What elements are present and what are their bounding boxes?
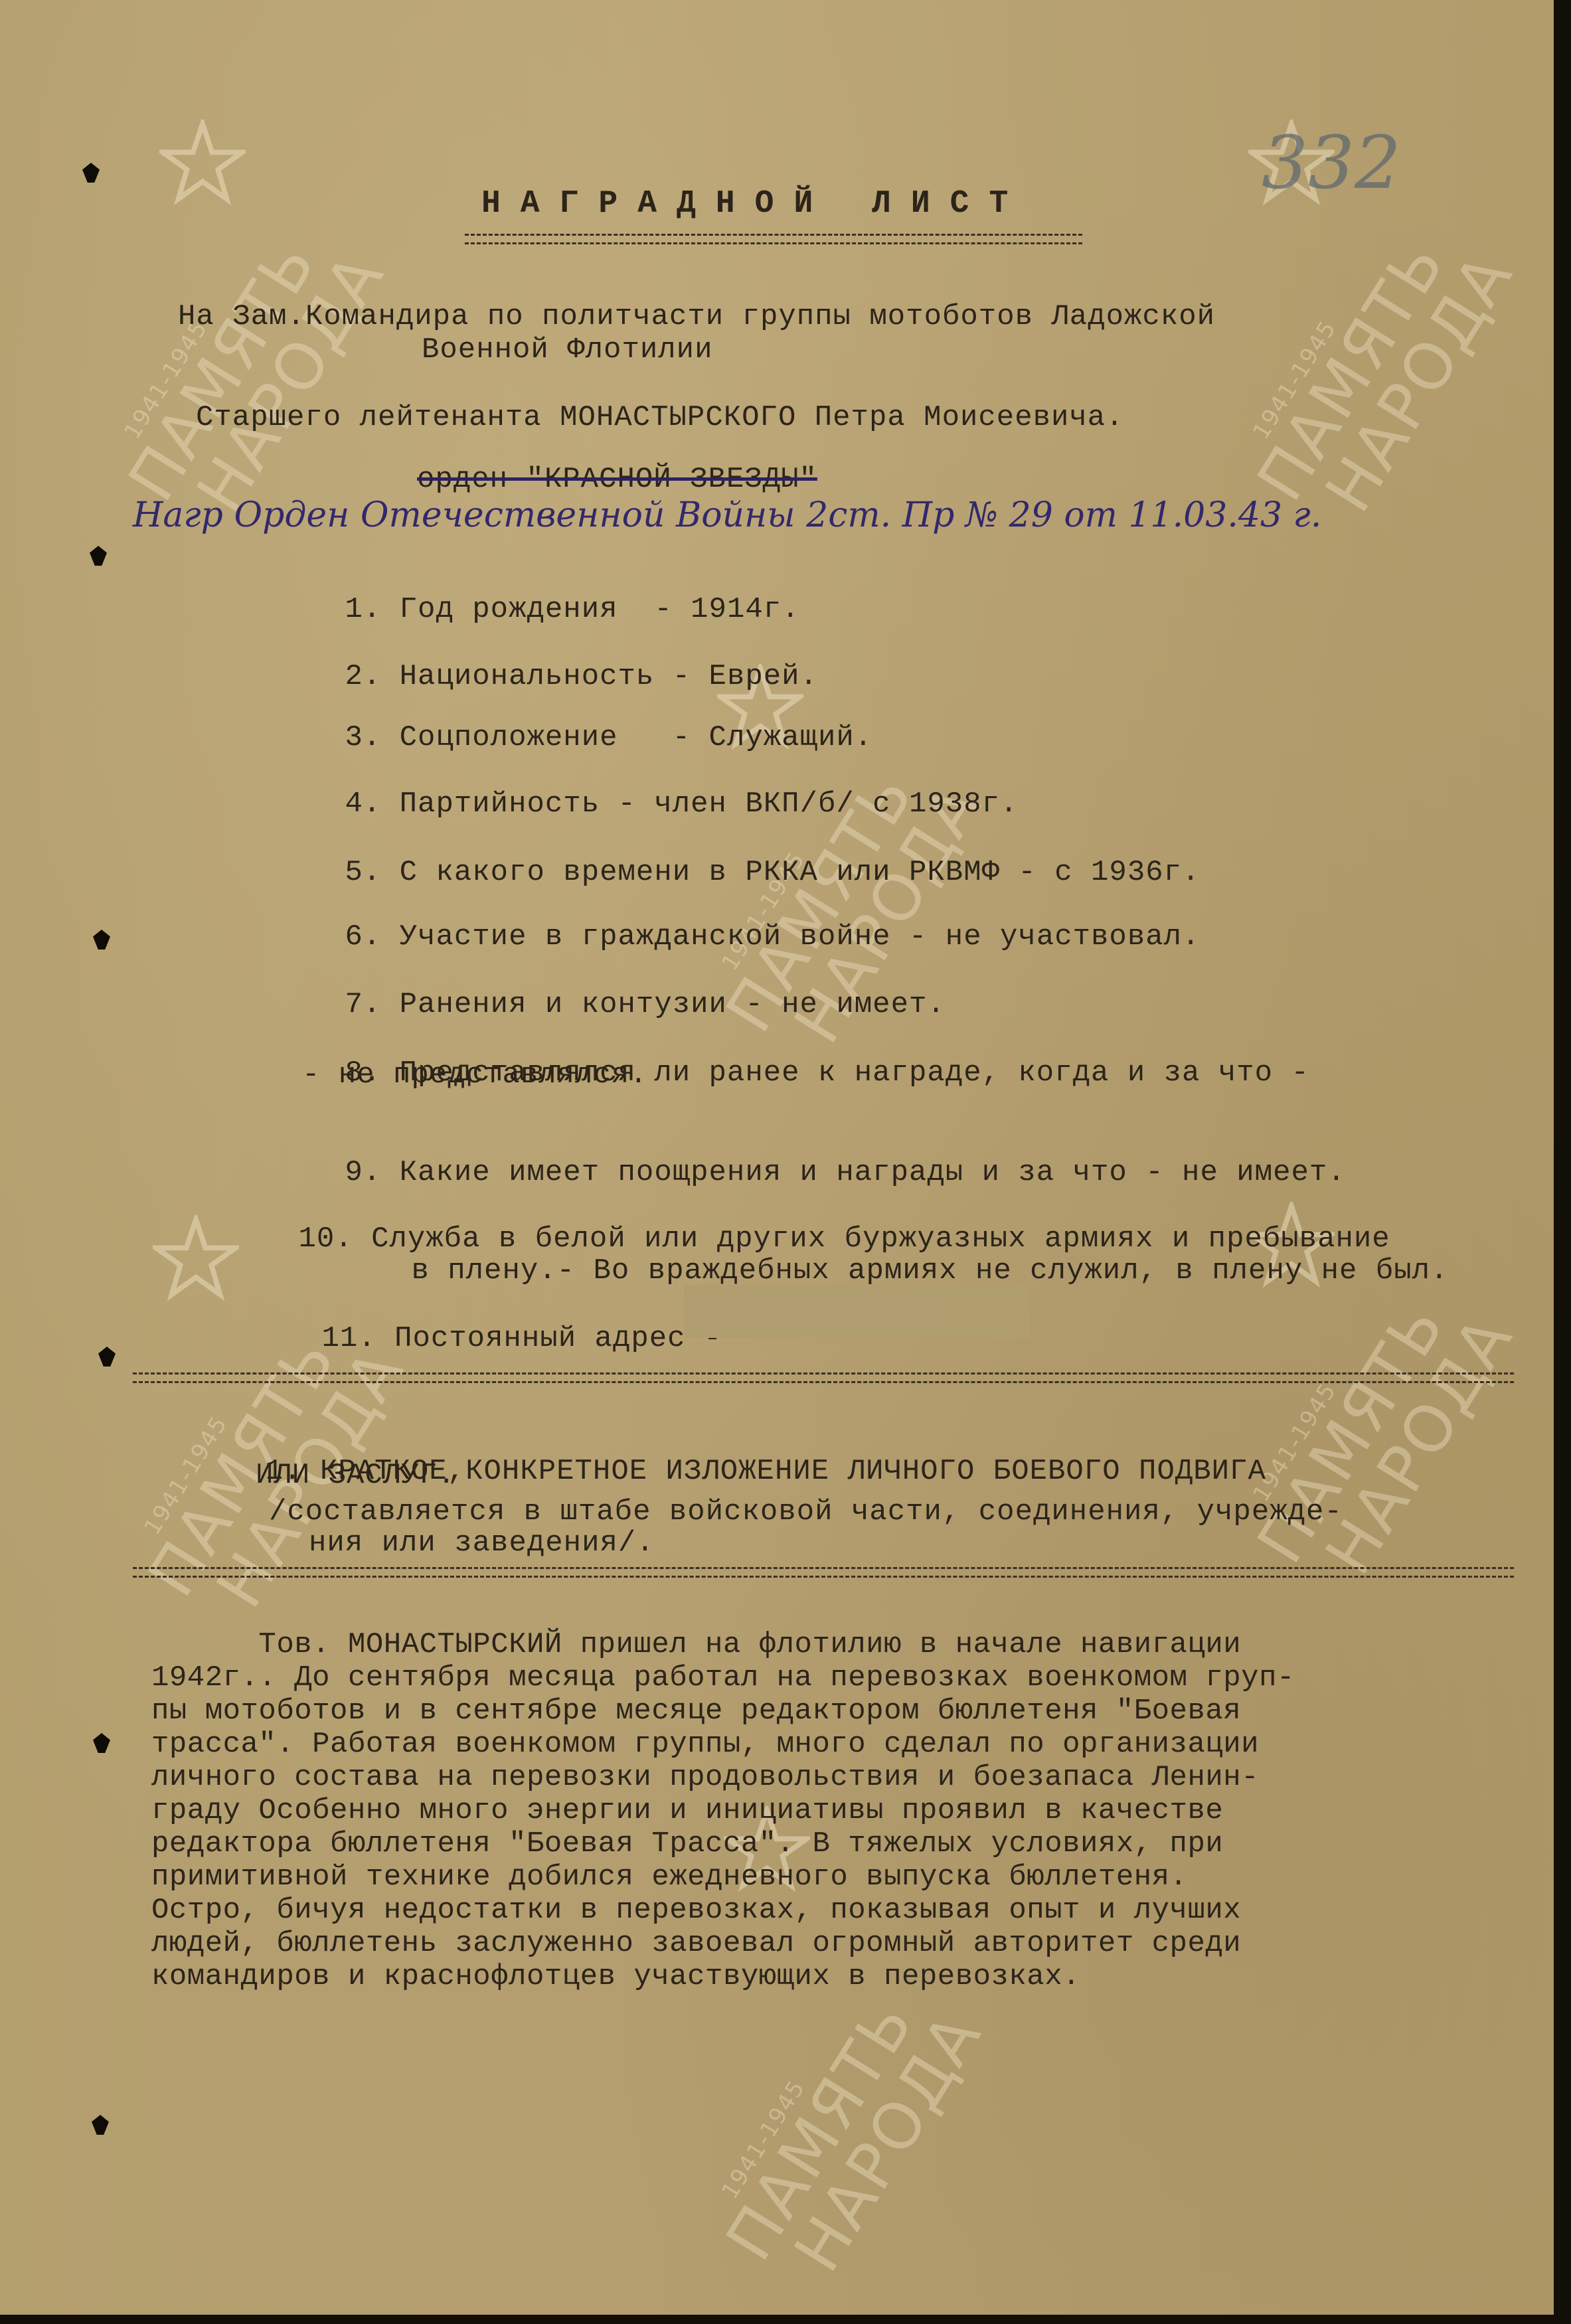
- section2-heading-line-2: ИЛИ ЗАСЛУГ.: [256, 1461, 455, 1490]
- awarded-handwritten-note: Нагр Орден Отечественной Войны 2ст. Пр №…: [133, 498, 1321, 533]
- narrative-line: редактора бюллетеня "Боевая Трасса". В т…: [151, 1829, 1223, 1859]
- binder-hole: [93, 1733, 110, 1753]
- star-watermark-icon: [159, 120, 246, 206]
- watermark: 1941-1945 ПАМЯТЬ НАРОДА: [1228, 197, 1523, 544]
- recipient-name: Старшего лейтенанта МОНАСТЫРСКОГО Петра …: [196, 403, 1124, 432]
- recipient-line-2: Военной Флотилии: [422, 335, 712, 365]
- section-divider-top: [133, 1372, 1514, 1383]
- narrative-line: граду Особенно много энергии и инициатив…: [151, 1796, 1223, 1825]
- scan-edge: [1554, 0, 1571, 2324]
- binder-hole: [92, 2115, 109, 2135]
- narrative-line: командиров и краснофлотцев участвующих в…: [151, 1962, 1080, 1991]
- narrative-line: личного состава на перевозки продовольст…: [151, 1763, 1259, 1792]
- recipient-line-1: На Зам.Командира по политчасти группы мо…: [178, 302, 1215, 331]
- binder-hole: [98, 1347, 116, 1367]
- section2-note-line-1: /составляется в штабе войсковой части, с…: [269, 1497, 1343, 1527]
- title-underline: [465, 234, 1082, 244]
- section-divider-bottom: [133, 1567, 1514, 1578]
- document-page: 1941-1945 ПАМЯТЬ НАРОДА 1941-1945 ПАМЯТЬ…: [0, 0, 1558, 2317]
- watermark: 1941-1945 ПАМЯТЬ НАРОДА: [697, 1956, 992, 2303]
- narrative-line: пы мотоботов и в сентябре месяце редакто…: [151, 1697, 1241, 1726]
- binder-hole: [82, 163, 100, 183]
- address-redaction: [684, 1285, 1029, 1338]
- narrative-line: Остро, бичуя недостатки в перевозках, по…: [151, 1896, 1241, 1925]
- scan-edge: [0, 2315, 1571, 2324]
- binder-hole: [90, 546, 107, 566]
- binder-hole: [93, 930, 110, 950]
- proposed-award-struck: орден "КРАСНОЙ ЗВЕЗДЫ": [417, 465, 817, 494]
- narrative-line: 1942г.. До сентября месяца работал на пе…: [151, 1663, 1295, 1693]
- q-row-11: 11. Постоянный адрес -: [212, 1295, 722, 1382]
- q-row-8-answer: - не представлялся.: [302, 1060, 648, 1090]
- section2-note-line-2: ния или заведения/.: [309, 1529, 655, 1558]
- document-title: НАГРАДНОЙ ЛИСТ: [481, 188, 1028, 220]
- narrative-line: людей, бюллетень заслуженно завоевал огр…: [151, 1929, 1241, 1958]
- archive-number: 332: [1262, 126, 1401, 199]
- watermark: 1941-1945 ПАМЯТЬ НАРОДА: [100, 197, 394, 544]
- narrative-line: примитивной технике добился ежедневного …: [151, 1863, 1187, 1892]
- narrative-line: Тов. МОНАСТЫРСКИЙ пришел на флотилию в н…: [151, 1630, 1241, 1659]
- narrative-line: трасса". Работая военкомом группы, много…: [151, 1730, 1259, 1759]
